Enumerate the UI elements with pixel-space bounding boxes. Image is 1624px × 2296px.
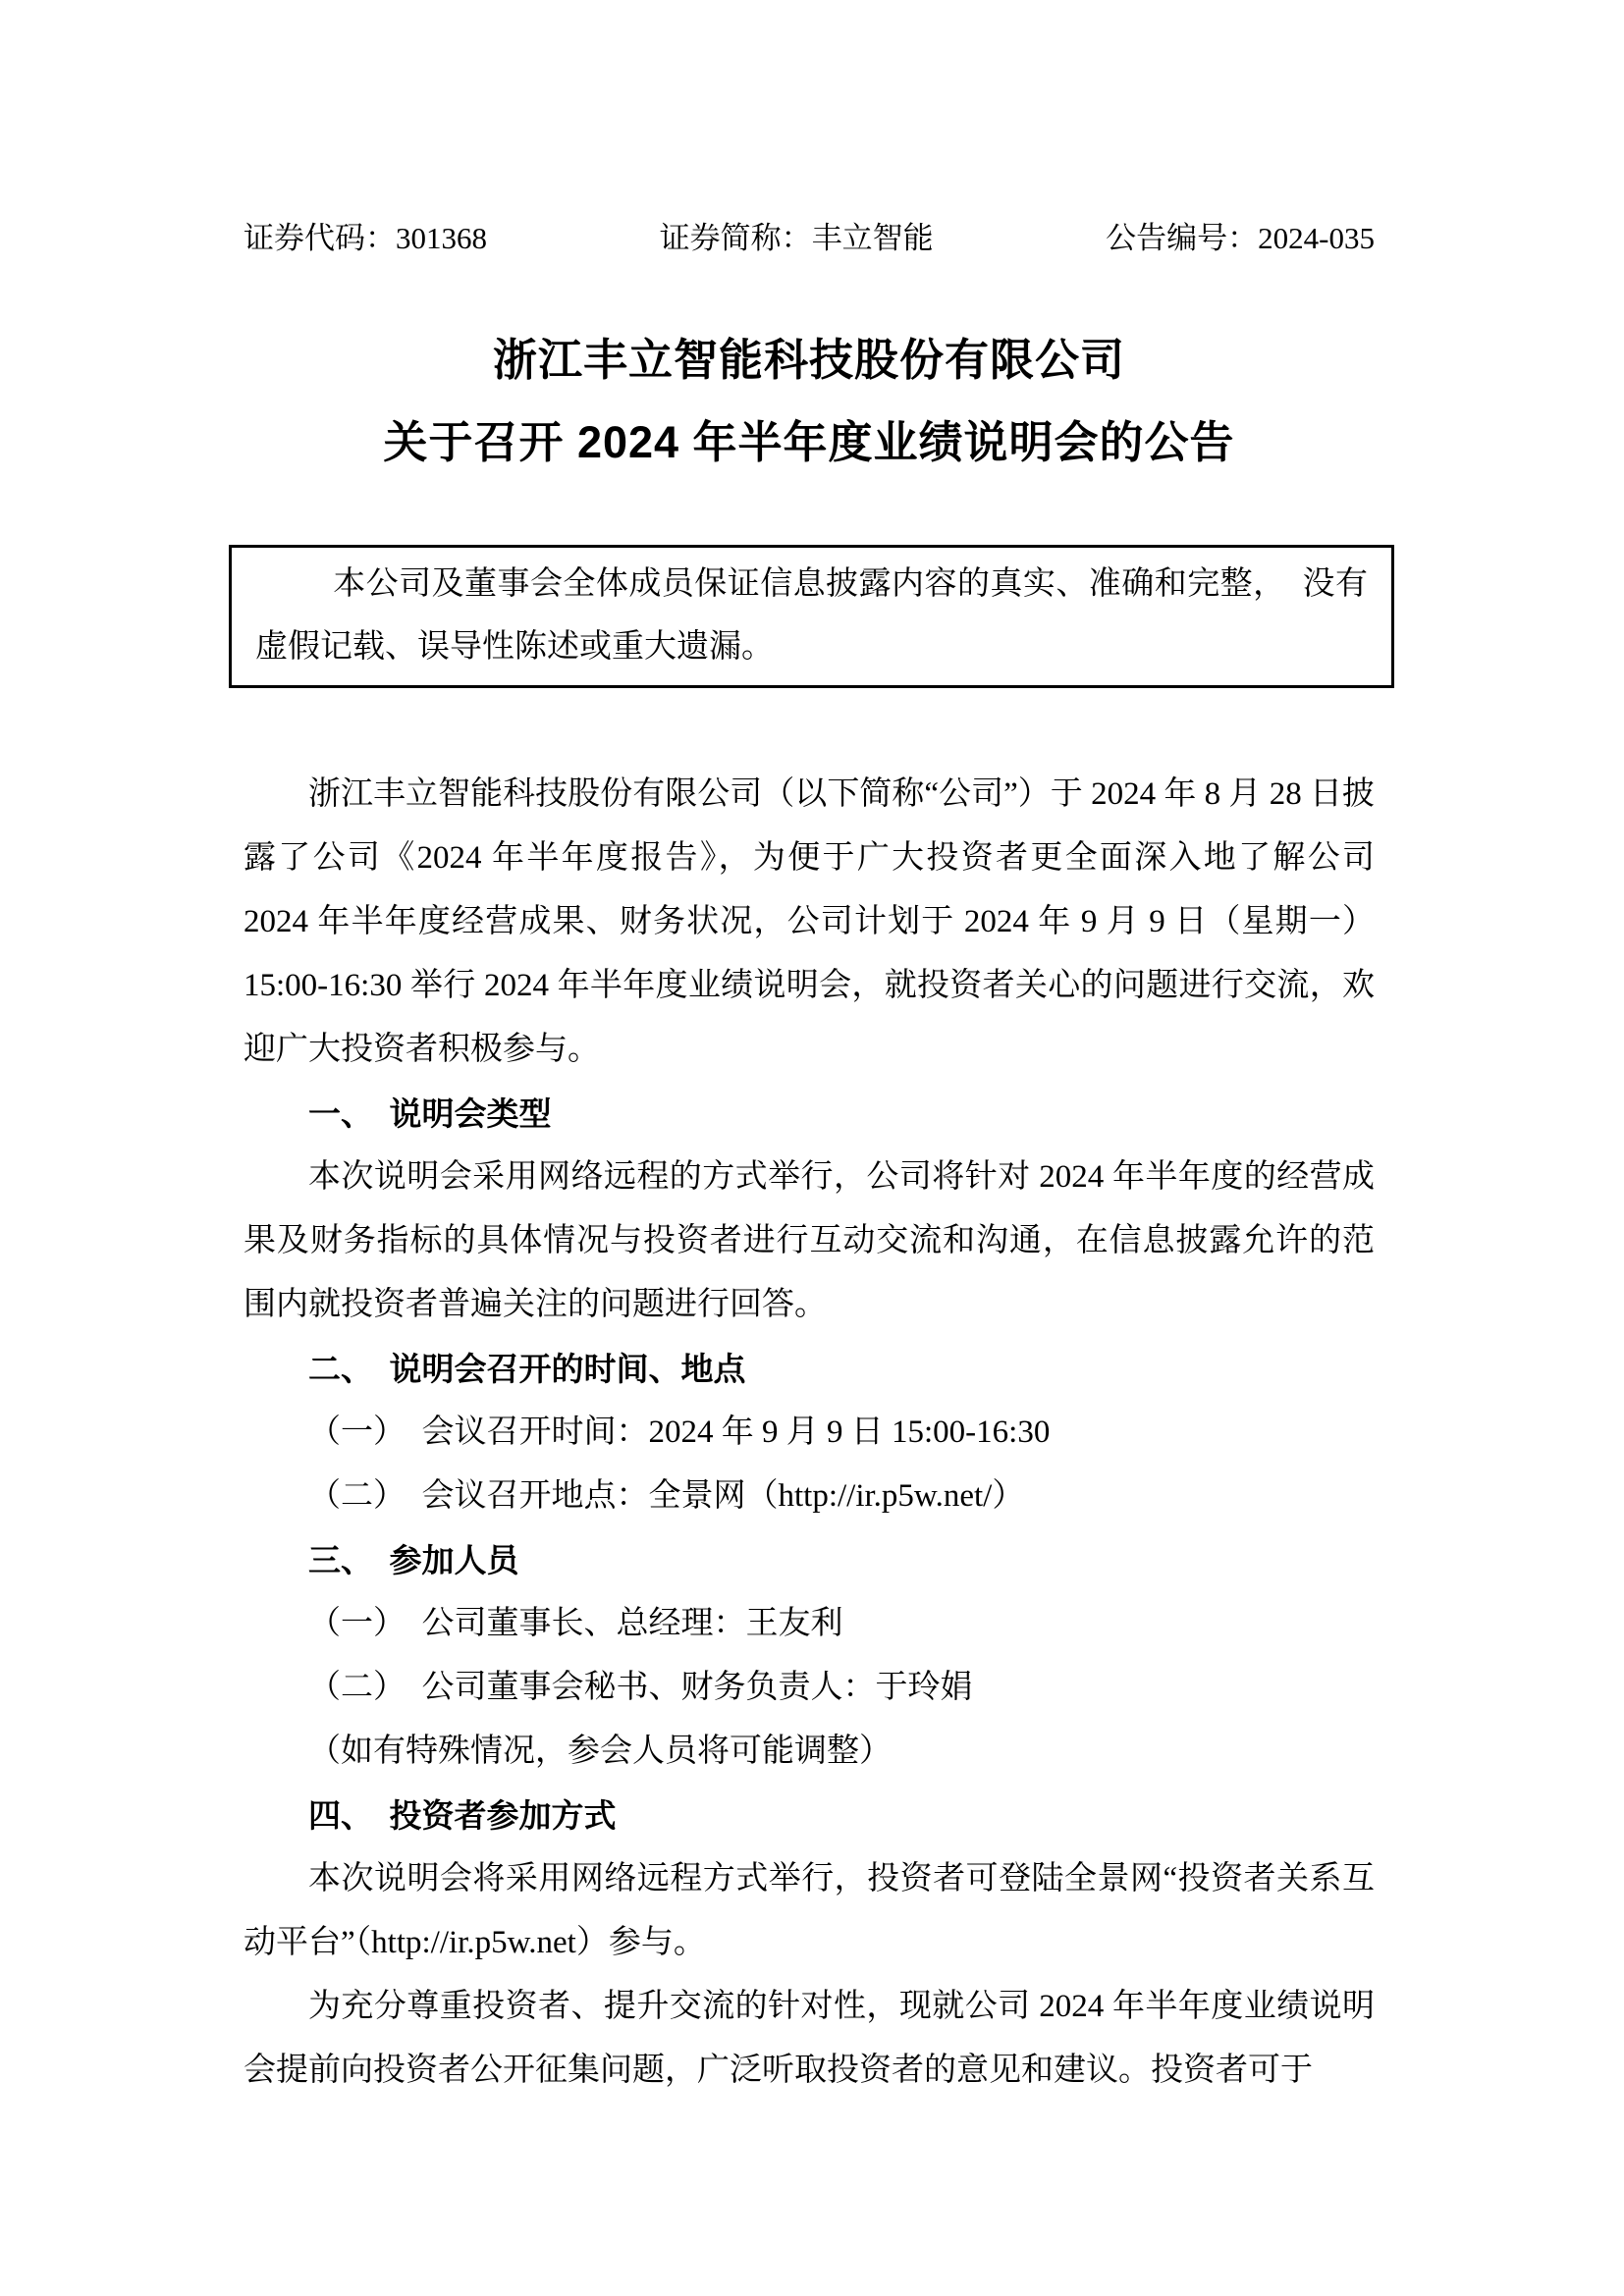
announcement-title: 关于召开 2024 年半年度业绩说明会的公告 — [244, 412, 1375, 473]
section-1-heading: 一、 说明会类型 — [244, 1082, 1375, 1146]
document-body: 浙江丰立智能科技股份有限公司（以下简称“公司”）于 2024 年 8 月 28 … — [244, 763, 1375, 2103]
stock-code: 证券代码：301368 — [244, 219, 487, 258]
section-3-heading: 三、 参加人员 — [244, 1528, 1375, 1592]
announcement-number: 公告编号：2024-035 — [1106, 219, 1375, 258]
title-block: 浙江丰立智能科技股份有限公司 关于召开 2024 年半年度业绩说明会的公告 — [244, 330, 1375, 473]
document-header: 证券代码：301368 证券简称：丰立智能 公告编号：2024-035 — [244, 219, 1375, 258]
section-4-heading: 四、 投资者参加方式 — [244, 1784, 1375, 1847]
intro-paragraph: 浙江丰立智能科技股份有限公司（以下简称“公司”）于 2024 年 8 月 28 … — [244, 763, 1375, 1082]
section-3-item-chairman: （一） 公司董事长、总经理：王友利 — [244, 1592, 1375, 1656]
section-1-paragraph: 本次说明会采用网络远程的方式举行，公司将针对 2024 年半年度的经营成果及财务… — [244, 1146, 1375, 1337]
disclaimer-text: 本公司及董事会全体成员保证信息披露内容的真实、准确和完整， 没有虚假记载、误导性… — [255, 553, 1368, 678]
announcement-page: 证券代码：301368 证券简称：丰立智能 公告编号：2024-035 浙江丰立… — [0, 0, 1624, 2296]
disclaimer-box: 本公司及董事会全体成员保证信息披露内容的真实、准确和完整， 没有虚假记载、误导性… — [229, 545, 1394, 688]
section-2-heading: 二、 说明会召开的时间、地点 — [244, 1337, 1375, 1401]
section-3-item-secretary: （二） 公司董事会秘书、财务负责人：于玲娟 — [244, 1656, 1375, 1720]
stock-short-name: 证券简称：丰立智能 — [660, 219, 934, 258]
section-3-item-note: （如有特殊情况，参会人员将可能调整） — [244, 1720, 1375, 1784]
section-2-item-time: （一） 会议召开时间：2024 年 9 月 9 日 15:00-16:30 — [244, 1401, 1375, 1465]
company-name-title: 浙江丰立智能科技股份有限公司 — [244, 330, 1375, 391]
section-4-paragraph-2: 为充分尊重投资者、提升交流的针对性，现就公司 2024 年半年度业绩说明会提前向… — [244, 1975, 1375, 2103]
section-4-paragraph-1: 本次说明会将采用网络远程方式举行，投资者可登陆全景网“投资者关系互动平台”（ht… — [244, 1847, 1375, 1975]
section-2-item-place: （二） 会议召开地点：全景网（http://ir.p5w.net/） — [244, 1465, 1375, 1528]
